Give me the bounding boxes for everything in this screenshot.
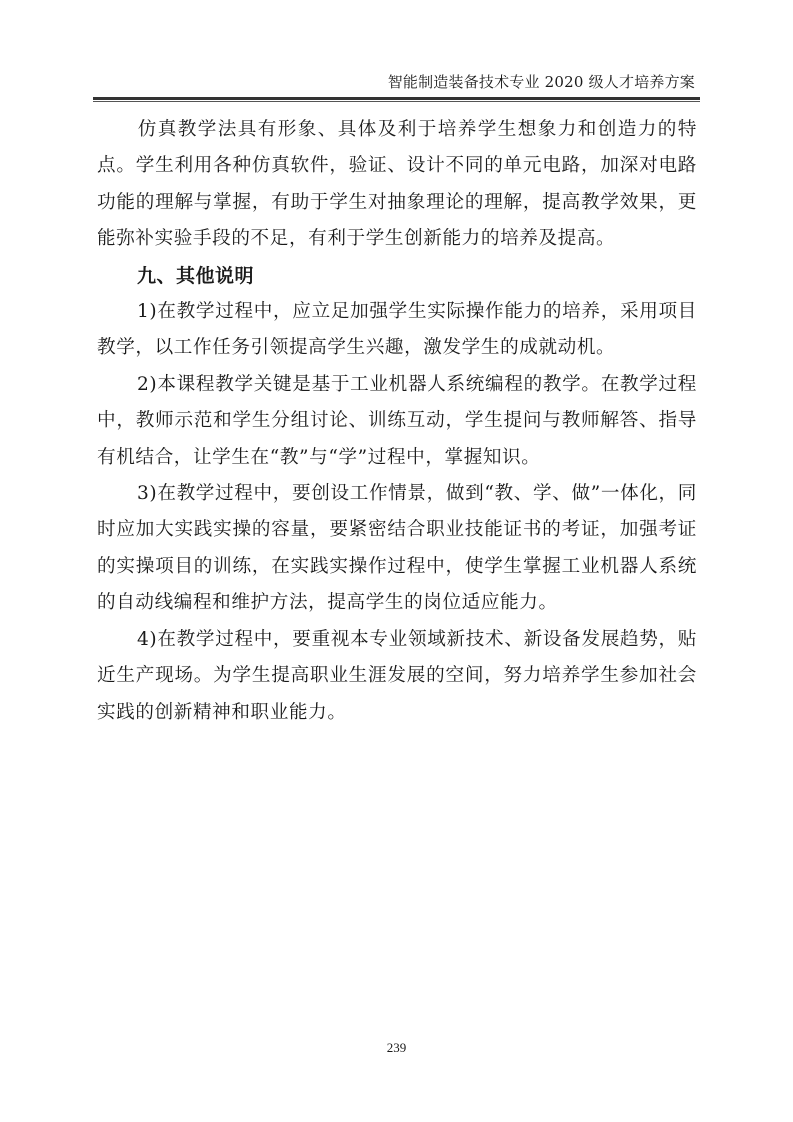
note-item-text: 2)本课程教学关键是基于工业机器人系统编程的教学。在教学过程中，教师示范和学生分… [97, 374, 697, 468]
header-rule-thick [93, 97, 700, 100]
running-header-title: 智能制造装备技术专业 2020 级人才培养方案 [388, 71, 695, 92]
note-item-2: 2)本课程教学关键是基于工业机器人系统编程的教学。在教学过程中，教师示范和学生分… [97, 367, 697, 476]
note-item-text: 4)在教学过程中，要重视本专业领域新技术、新设备发展趋势，贴近生产现场。为学生提… [97, 629, 697, 723]
note-item-3: 3)在教学过程中，要创设工作情景，做到“教、学、做”一体化，同时应加大实践实操的… [97, 476, 697, 622]
header-rule-thin [93, 101, 700, 102]
page-number: 239 [0, 1040, 793, 1056]
note-item-4: 4)在教学过程中，要重视本专业领域新技术、新设备发展趋势，贴近生产现场。为学生提… [97, 622, 697, 731]
note-item-text: 1)在教学过程中，应立足加强学生实际操作能力的培养，采用项目教学，以工作任务引领… [97, 301, 697, 358]
note-item-1: 1)在教学过程中，应立足加强学生实际操作能力的培养，采用项目教学，以工作任务引领… [97, 294, 697, 367]
intro-paragraph-text: 仿真教学法具有形象、具体及利于培养学生想象力和创造力的特点。学生利用各种仿真软件… [97, 119, 697, 249]
note-item-text: 3)在教学过程中，要创设工作情景，做到“教、学、做”一体化，同时应加大实践实操的… [97, 483, 697, 613]
page-content: 仿真教学法具有形象、具体及利于培养学生想象力和创造力的特点。学生利用各种仿真软件… [97, 112, 697, 731]
intro-paragraph: 仿真教学法具有形象、具体及利于培养学生想象力和创造力的特点。学生利用各种仿真软件… [97, 112, 697, 258]
section-heading: 九、其他说明 [97, 258, 697, 294]
